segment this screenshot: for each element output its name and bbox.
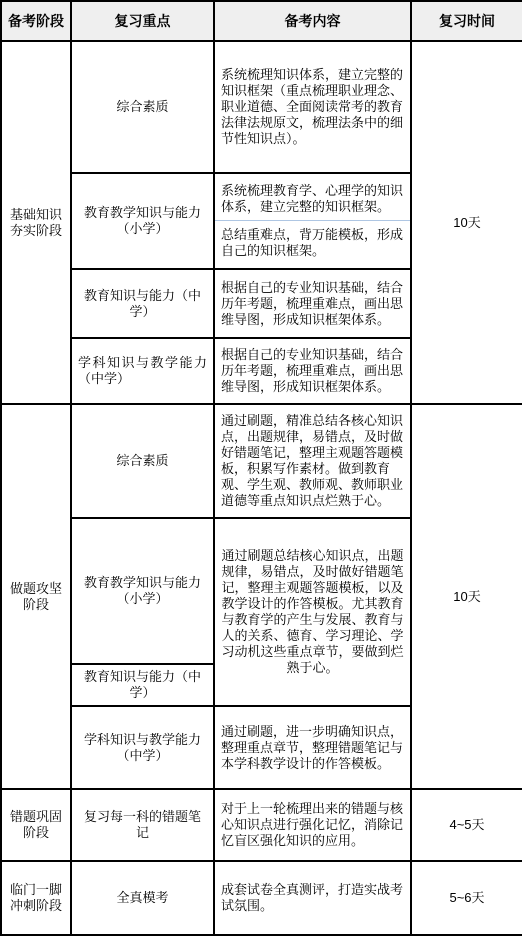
stage-cell-3: 错题巩固阶段 [1,789,71,861]
focus-cell: 教育知识与能力（中学） [71,269,214,338]
content-cell-merged: 通过刷题总结核心知识点，出题规律，易错点，及时做好错题笔记，整理主观题答题模板，… [214,518,411,706]
content-cell: 根据自己的专业知识基础，结合历年考题，梳理重难点，画出思维导图，形成知识框架体系… [214,269,411,338]
stage-cell-4: 临门一脚冲刺阶段 [1,861,71,935]
content-cell: 根据自己的专业知识基础，结合历年考题，梳理重难点，画出思维导图，形成知识框架体系… [214,338,411,404]
content-cell: 通过刷题，精准总结各核心知识点，出题规律，易错点，及时做好错题笔记，整理主观题答… [214,404,411,518]
stage-cell-1: 基础知识夯实阶段 [1,41,71,404]
focus-cell: 学科知识与教学能力（中学） [71,706,214,789]
table-row: 做题攻坚阶段 综合素质 通过刷题，精准总结各核心知识点，出题规律，易错点，及时做… [1,404,522,518]
content-cell-split: 系统梳理教育学、心理学的知识体系，建立完整的知识框架。 总结重难点，背万能模板，… [214,173,411,269]
exam-prep-plan-page: 备考阶段 复习重点 备考内容 复习时间 基础知识夯实阶段 综合素质 系统梳理知识… [0,0,522,934]
focus-cell: 综合素质 [71,41,214,173]
time-cell-3: 4~5天 [411,789,522,861]
content-cell: 成套试卷全真测评，打造实战考试氛围。 [214,861,411,935]
focus-cell: 学科知识与教学能力（中学） [71,338,214,404]
content-part-2: 总结重难点，背万能模板，形成自己的知识框架。 [215,221,410,263]
table-row: 错题巩固阶段 复习每一科的错题笔记 对于上一轮梳理出来的错题与核心知识点进行强化… [1,789,522,861]
stage-cell-2: 做题攻坚阶段 [1,404,71,789]
header-cell-time: 复习时间 [411,1,522,41]
header-cell-stage: 备考阶段 [1,1,71,41]
focus-cell: 教育教学知识与能力（小学） [71,518,214,664]
content-cell: 系统梳理知识体系，建立完整的知识框架（重点梳理职业理念、职业道德、全面阅读常考的… [214,41,411,173]
content-cell: 通过刷题，进一步明确知识点，整理重点章节，整理错题笔记与本学科教学设计的作答模板… [214,706,411,789]
focus-cell: 全真模考 [71,861,214,935]
table-row: 基础知识夯实阶段 综合素质 系统梳理知识体系，建立完整的知识框架（重点梳理职业理… [1,41,522,173]
focus-cell: 综合素质 [71,404,214,518]
header-row: 备考阶段 复习重点 备考内容 复习时间 [1,1,522,41]
header-cell-focus: 复习重点 [71,1,214,41]
time-cell-1: 10天 [411,41,522,404]
content-cell: 对于上一轮梳理出来的错题与核心知识点进行强化记忆，消除记忆盲区强化知识的应用。 [214,789,411,861]
focus-cell: 教育知识与能力（中学） [71,664,214,706]
study-plan-table: 备考阶段 复习重点 备考内容 复习时间 基础知识夯实阶段 综合素质 系统梳理知识… [0,0,522,936]
header-cell-content: 备考内容 [214,1,411,41]
content-part-1: 系统梳理教育学、心理学的知识体系，建立完整的知识框架。 [215,179,410,220]
time-cell-2: 10天 [411,404,522,789]
time-cell-4: 5~6天 [411,861,522,935]
focus-cell: 复习每一科的错题笔记 [71,789,214,861]
table-row: 临门一脚冲刺阶段 全真模考 成套试卷全真测评，打造实战考试氛围。 5~6天 [1,861,522,935]
focus-cell: 教育教学知识与能力（小学） [71,173,214,269]
